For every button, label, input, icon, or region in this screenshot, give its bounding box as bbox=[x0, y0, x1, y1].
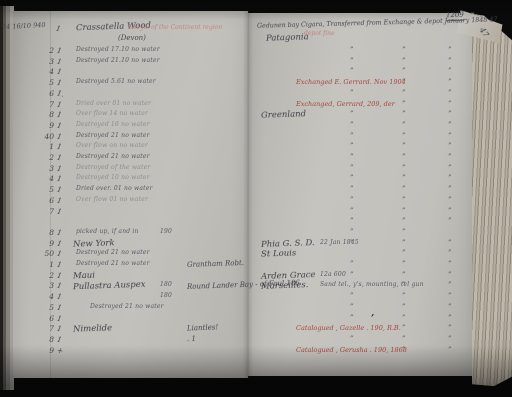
ditto-mark: ” bbox=[350, 185, 354, 193]
ditto-mark: ” bbox=[350, 153, 354, 161]
ditto-mark: ” bbox=[448, 335, 452, 343]
ledger-row: ””” bbox=[0, 46, 512, 57]
ledger-row: ””” bbox=[0, 164, 512, 175]
entry-note: 12a 600 bbox=[320, 271, 346, 278]
ditto-mark: ” bbox=[350, 89, 354, 97]
ledger-row: ””” bbox=[0, 132, 512, 143]
ditto-mark: ” bbox=[350, 196, 354, 204]
scanned-ledger-photo: 74 16/10 940 1 Crassatella Wood List Ja.… bbox=[0, 0, 512, 397]
ditto-mark: ” bbox=[448, 78, 452, 86]
ditto-mark: ” bbox=[448, 142, 452, 150]
ditto-mark: ” bbox=[402, 324, 406, 332]
ditto-mark: ” bbox=[448, 196, 452, 204]
entry-subtitle: (Devon) bbox=[118, 34, 146, 42]
ditto-mark: ” bbox=[350, 335, 354, 343]
ledger-row: ””Exchanged, Gerrard, 209, der bbox=[0, 100, 512, 111]
ditto-mark: ” bbox=[448, 324, 452, 332]
ditto-mark: ” bbox=[350, 314, 354, 322]
locality-patagonia: Patagonia bbox=[266, 32, 309, 43]
ledger-row: ””” bbox=[0, 196, 512, 207]
ditto-mark: ” bbox=[402, 46, 406, 54]
locality-text: Marseilles. bbox=[261, 281, 309, 293]
ditto-mark: ” bbox=[402, 260, 406, 268]
ditto-mark: ” bbox=[350, 142, 354, 150]
locality-text: Greenland bbox=[261, 109, 306, 121]
ditto-mark: ” bbox=[402, 217, 406, 225]
ditto-mark: ” bbox=[402, 89, 406, 97]
ditto-mark: ” bbox=[448, 303, 452, 311]
ditto-mark: ” bbox=[350, 67, 354, 75]
ditto-mark: ” bbox=[448, 89, 452, 97]
red-annotation: Exchanged, Gerrard, 209, der bbox=[296, 100, 395, 108]
ditto-mark: ” bbox=[402, 303, 406, 311]
ditto-mark: ” bbox=[350, 217, 354, 225]
ledger-row: ”” bbox=[0, 228, 512, 239]
folio-number: 1209 bbox=[446, 11, 464, 22]
entry-red-note: List Ja. of the Continent region bbox=[128, 24, 222, 31]
ledger-row: ””Marseilles.Sand tel., y's, mounting, t… bbox=[0, 281, 512, 292]
ledger-row: ””” bbox=[0, 335, 512, 346]
ledger-row: ””” bbox=[0, 185, 512, 196]
ledger-row: ””” bbox=[0, 303, 512, 314]
ditto-mark: ” bbox=[448, 292, 452, 300]
ditto-mark: ” bbox=[448, 346, 452, 354]
ledger-row: ”””Greenland bbox=[0, 110, 512, 121]
ditto-mark: ” bbox=[448, 110, 452, 118]
ditto-mark: ” bbox=[402, 271, 406, 279]
ditto-mark: ” bbox=[448, 100, 452, 108]
bold-tick: ’ bbox=[371, 314, 374, 324]
ditto-mark: ” bbox=[350, 292, 354, 300]
ditto-mark: ” bbox=[448, 249, 452, 257]
ditto-mark: ” bbox=[402, 132, 406, 140]
ditto-mark: ” bbox=[402, 314, 406, 322]
entry-note: 22 Jan 1845 bbox=[320, 239, 359, 246]
ditto-mark: ” bbox=[402, 174, 406, 182]
ditto-mark: ” bbox=[350, 174, 354, 182]
ditto-mark: ” bbox=[350, 57, 354, 65]
ditto-mark: ” bbox=[402, 239, 406, 247]
ditto-mark: ” bbox=[402, 164, 406, 172]
ditto-mark: ” bbox=[402, 335, 406, 343]
ledger-row: ””St Louis bbox=[0, 249, 512, 260]
ditto-mark: ” bbox=[448, 57, 452, 65]
ditto-mark: ” bbox=[402, 121, 406, 129]
ledger-row: ”””Arden Grace12a 600 bbox=[0, 271, 512, 282]
ditto-mark: ” bbox=[402, 196, 406, 204]
ledger-row: ””” bbox=[0, 292, 512, 303]
ditto-mark: ” bbox=[448, 174, 452, 182]
ledger-row: ””” bbox=[0, 89, 512, 100]
ditto-mark: ” bbox=[448, 207, 452, 215]
ditto-mark: ” bbox=[402, 207, 406, 215]
ditto-mark: ” bbox=[350, 110, 354, 118]
ditto-mark: ” bbox=[350, 260, 354, 268]
red-annotation: Exchanged E. Gerrard. Nov 1904 bbox=[296, 78, 406, 86]
ledger-row: ””” bbox=[0, 174, 512, 185]
ditto-mark: ” bbox=[350, 132, 354, 140]
ditto-mark: ” bbox=[448, 217, 452, 225]
ledger-row: ””Catalogued , Gerusha . 190, 1868 bbox=[0, 346, 512, 357]
red-annotation: Catalogued , Gerusha . 190, 1868 bbox=[296, 346, 407, 354]
red-annotation: Catalogued , Gazelle . 190, R.B. bbox=[296, 324, 401, 332]
ledger-row: ””Exchanged E. Gerrard. Nov 1904 bbox=[0, 78, 512, 89]
ditto-mark: ” bbox=[350, 164, 354, 172]
ledger-row: ””” bbox=[0, 121, 512, 132]
ledger-row: ””” bbox=[0, 153, 512, 164]
ditto-mark: ” bbox=[350, 228, 354, 236]
ditto-mark: ” bbox=[350, 207, 354, 215]
ledger-row: ””Catalogued , Gazelle . 190, R.B. bbox=[0, 324, 512, 335]
ditto-mark: ” bbox=[448, 281, 452, 289]
ledger-row: ””” bbox=[0, 217, 512, 228]
ditto-mark: ” bbox=[350, 46, 354, 54]
ditto-mark: ” bbox=[448, 314, 452, 322]
ditto-mark: ” bbox=[350, 121, 354, 129]
ditto-mark: ” bbox=[448, 239, 452, 247]
ditto-mark: ” bbox=[448, 132, 452, 140]
ledger-row: ”””’ bbox=[0, 314, 512, 325]
ledger-row: ””” bbox=[0, 260, 512, 271]
ditto-mark: ” bbox=[402, 142, 406, 150]
ditto-mark: ” bbox=[448, 46, 452, 54]
ditto-mark: ” bbox=[448, 185, 452, 193]
ditto-mark: ” bbox=[402, 153, 406, 161]
ditto-mark: ” bbox=[402, 249, 406, 257]
ditto-mark: ” bbox=[448, 67, 452, 75]
entry-note: Sand tel., y's, mounting, tel gun bbox=[320, 281, 424, 288]
ditto-mark: ” bbox=[402, 100, 406, 108]
ditto-mark: ” bbox=[448, 153, 452, 161]
ledger-row: ””” bbox=[0, 142, 512, 153]
ditto-mark: ” bbox=[448, 260, 452, 268]
ditto-mark: ” bbox=[402, 57, 406, 65]
ditto-mark: ” bbox=[350, 271, 354, 279]
ditto-mark: ” bbox=[448, 164, 452, 172]
ditto-mark: ” bbox=[448, 121, 452, 129]
folio-mark: = bbox=[470, 10, 475, 17]
ditto-mark: ” bbox=[402, 292, 406, 300]
ledger-row: ””” bbox=[0, 67, 512, 78]
ledger-row: ””” bbox=[0, 57, 512, 68]
ditto-mark: ” bbox=[402, 110, 406, 118]
ditto-mark: ” bbox=[350, 303, 354, 311]
ditto-mark: ” bbox=[448, 271, 452, 279]
ledger-row: ”””Phia G. S. D.22 Jan 1845 bbox=[0, 239, 512, 250]
ditto-mark: ” bbox=[402, 228, 406, 236]
ledger-row: ””” bbox=[0, 207, 512, 218]
ditto-mark: ” bbox=[402, 67, 406, 75]
locality-text: St Louis bbox=[261, 249, 297, 260]
ditto-mark: ” bbox=[402, 185, 406, 193]
